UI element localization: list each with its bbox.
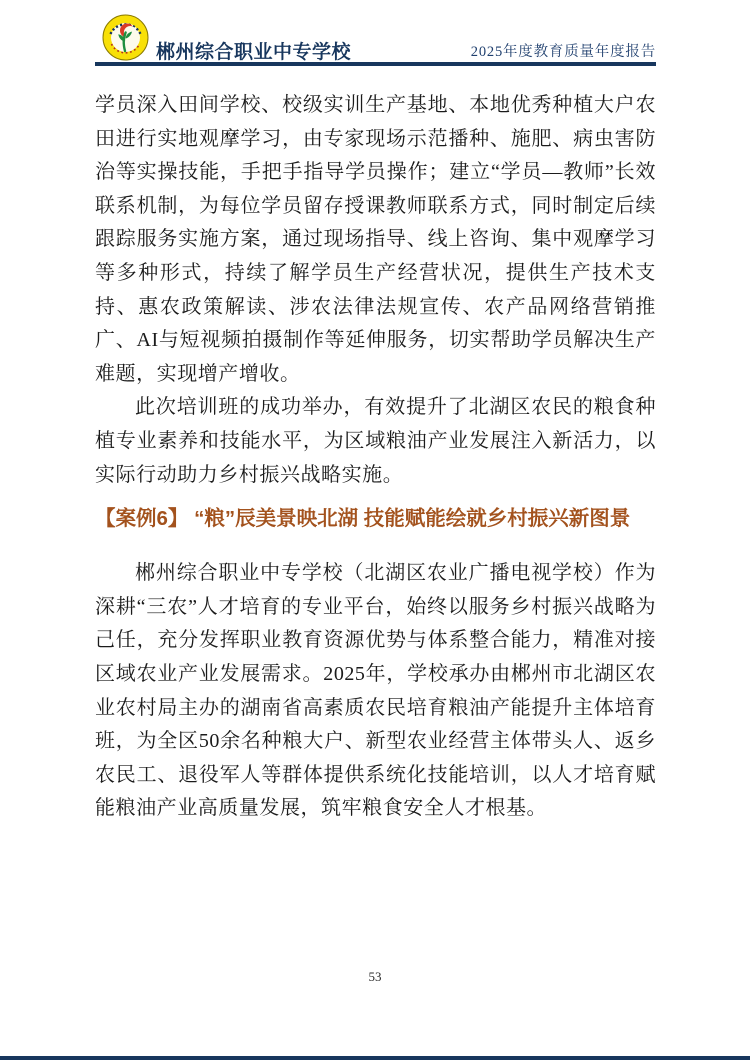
paragraph-continuation: 学员深入田间学校、校级实训生产基地、本地优秀种植大户农田进行实地观摩学习，由专家… <box>95 89 656 391</box>
header-divider-rule <box>95 62 656 66</box>
document-body: 学员深入田间学校、校级实训生产基地、本地优秀种植大户农田进行实地观摩学习，由专家… <box>95 89 656 826</box>
footer-rule <box>0 1056 750 1060</box>
report-page: 郴州综合职业中专学校 2025年度教育质量年度报告 学员深入田间学校、校级实训生… <box>0 0 750 1060</box>
paragraph-case-intro: 郴州综合职业中专学校（北湖区农业广播电视学校）作为深耕“三农”人才培育的专业平台… <box>95 557 656 826</box>
page-header: 郴州综合职业中专学校 2025年度教育质量年度报告 <box>0 0 750 70</box>
report-title: 2025年度教育质量年度报告 <box>471 40 656 61</box>
school-name: 郴州综合职业中专学校 <box>156 37 351 64</box>
school-logo-icon <box>102 14 149 61</box>
paragraph-summary: 此次培训班的成功举办，有效提升了北湖区农民的粮食种植专业素养和技能水平，为区域粮… <box>95 391 656 492</box>
page-number: 53 <box>0 969 750 985</box>
case6-heading: 【案例6】 “粮”辰美景映北湖 技能赋能绘就乡村振兴新图景 <box>95 505 656 533</box>
